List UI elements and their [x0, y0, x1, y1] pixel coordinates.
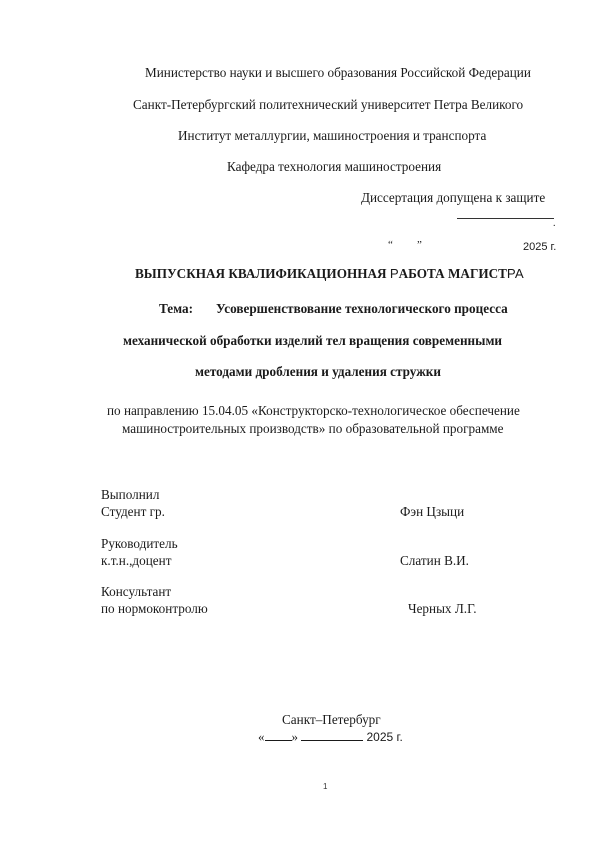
work-type-part: РА	[507, 266, 524, 281]
work-type-title: ВЫПУСКНАЯ КВАЛИФИКАЦИОННАЯ РАБОТА МАГИСТ…	[135, 266, 524, 282]
approval-signature-dot: .	[553, 218, 556, 229]
signature-position: Студент гр.	[101, 504, 165, 520]
work-type-part: АБОТА МАГИСТ	[399, 266, 507, 281]
signature-position: по нормоконтролю	[101, 601, 208, 617]
work-type-part: ВЫПУСКНАЯ КВАЛИФИКАЦИОННАЯ	[135, 266, 390, 281]
footer-day-blank	[265, 729, 292, 741]
page-number: 1	[323, 782, 327, 791]
approval-year: 2025 г.	[523, 241, 556, 253]
direction-line-2: машиностроительных производств» по образ…	[122, 421, 504, 437]
footer-date: «» 2025 г.	[258, 729, 403, 745]
signature-role: Консультант	[101, 584, 171, 600]
work-type-part: Р	[390, 266, 399, 281]
topic-line-2: механической обработки изделий тел враще…	[123, 333, 502, 349]
signature-name: Фэн Цзыци	[400, 504, 464, 520]
signature-role: Руководитель	[101, 536, 178, 552]
footer-month-blank	[301, 729, 363, 741]
approval-quote-close: ”	[417, 239, 422, 251]
signature-role: Выполнил	[101, 487, 159, 503]
signature-position: к.т.н.,доцент	[101, 553, 171, 569]
topic-line-1: Усовершенствование технологического проц…	[216, 301, 508, 317]
institute-line: Институт металлургии, машиностроения и т…	[178, 128, 486, 144]
signature-name: Черных Л.Г.	[408, 601, 477, 617]
approval-quote-open: “	[388, 239, 393, 251]
topic-line-3: методами дробления и удаления стружки	[195, 364, 441, 380]
footer-quote-close: »	[292, 729, 299, 744]
ministry-line: Министерство науки и высшего образования…	[145, 65, 531, 81]
topic-label: Тема:	[159, 301, 193, 317]
footer-year: 2025 г.	[367, 730, 403, 744]
approval-signature-line	[457, 218, 554, 219]
approval-label: Диссертация допущена к защите	[361, 190, 545, 206]
signature-name: Слатин В.И.	[400, 553, 469, 569]
department-line: Кафедра технология машиностроения	[227, 159, 441, 175]
university-line: Санкт-Петербургский политехнический унив…	[133, 97, 523, 113]
direction-line-1: по направлению 15.04.05 «Конструкторско-…	[107, 403, 520, 419]
footer-city: Санкт–Петербург	[282, 712, 381, 728]
